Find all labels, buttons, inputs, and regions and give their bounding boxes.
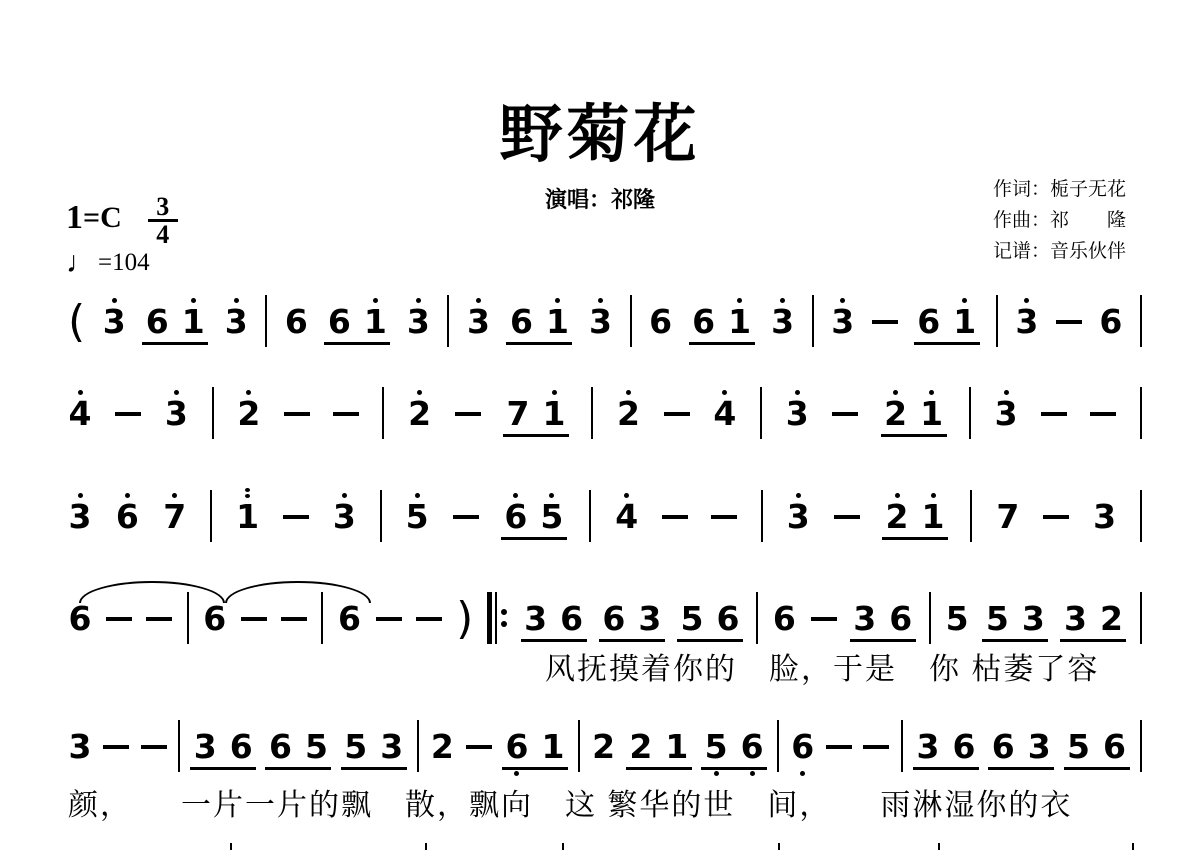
beam-group: 71: [504, 384, 568, 449]
note-number: 5: [946, 601, 969, 637]
duration-dash: [115, 412, 141, 416]
note-number: 3: [771, 304, 794, 340]
note-number: 1: [546, 304, 569, 340]
barline: [1140, 720, 1142, 772]
note-number: 4: [713, 396, 736, 432]
note-number: 3: [69, 499, 92, 535]
note: 2: [884, 384, 908, 449]
barline: [996, 295, 998, 347]
note-number: 5: [681, 601, 704, 637]
note: 5: [985, 589, 1009, 654]
note-number: 3: [589, 304, 612, 340]
song-title: 野菊花: [0, 84, 1200, 175]
note-number: 6: [1103, 729, 1126, 765]
note-number: 7: [996, 499, 1019, 535]
note: 2: [885, 487, 909, 552]
note-number: 1: [543, 396, 566, 432]
note: 7: [996, 487, 1020, 552]
note-number: 5: [540, 499, 563, 535]
beam-line: [190, 767, 256, 770]
repeat-thin-bar: [495, 592, 497, 644]
note: 6: [692, 292, 716, 357]
note: 5: [304, 717, 328, 782]
beam-line: [988, 767, 1054, 770]
beam-group: 56: [678, 589, 742, 654]
note-number: 6: [773, 601, 796, 637]
note-number: 3: [467, 304, 490, 340]
note-number: 3: [638, 601, 661, 637]
beam-line: [324, 342, 390, 345]
note-number: 2: [237, 396, 260, 432]
note-number: 6: [717, 601, 740, 637]
beam-group: 53: [983, 589, 1047, 654]
beam-group: 61: [143, 292, 207, 357]
beam-line: [341, 767, 407, 770]
note-number: 1: [236, 499, 259, 535]
parenthesis: ): [456, 591, 473, 647]
note: 3: [193, 717, 217, 782]
barline: [929, 592, 931, 644]
barline: [812, 295, 814, 347]
barline: [382, 387, 384, 439]
credits-block: 作词：栀子无花 作曲：祁 隆 记谱：音乐伙伴: [993, 174, 1126, 267]
barline: [761, 490, 763, 542]
duration-dash: [333, 412, 359, 416]
duration-dash: [811, 617, 837, 621]
beam-line: [502, 767, 568, 770]
note-number: 1: [182, 304, 205, 340]
note-number: 3: [69, 729, 92, 765]
beam-group: 21: [882, 384, 946, 449]
note-number: 2: [431, 729, 454, 765]
note: 1: [921, 487, 945, 552]
note: 3: [68, 487, 92, 552]
beam-line: [850, 639, 916, 642]
note: 3: [102, 292, 126, 357]
tempo-mark: ♩ =104: [66, 246, 178, 280]
note-number: 3: [1015, 304, 1038, 340]
time-signature: 3 4: [148, 194, 178, 247]
note-number: 2: [629, 729, 652, 765]
note-number: 7: [163, 499, 186, 535]
duration-dash: [872, 320, 898, 324]
note-number: 3: [194, 729, 217, 765]
repeat-sign: [487, 592, 507, 644]
octave-dot: [750, 771, 755, 776]
beam-line: [503, 434, 569, 437]
note-number: 5: [406, 499, 429, 535]
note: 6: [1099, 292, 1123, 357]
barline: [178, 720, 180, 772]
note-number: 3: [995, 396, 1018, 432]
notation-line: 36713565432173: [68, 487, 1142, 549]
octave-dot: [245, 488, 250, 492]
duration-dash: [416, 617, 442, 621]
notation-line: 432271243213: [68, 384, 1142, 446]
note: 2: [629, 717, 653, 782]
note: 4: [68, 384, 92, 449]
note-number: 6: [791, 729, 814, 765]
barline: [970, 490, 972, 542]
note: 3: [524, 589, 548, 654]
note: 3: [1021, 589, 1045, 654]
octave-dot: [714, 771, 719, 776]
note: 3: [831, 292, 855, 357]
note-number: 3: [103, 304, 126, 340]
note: 1: [542, 384, 566, 449]
beam-group: 61: [690, 292, 754, 357]
note-number: 7: [507, 396, 530, 432]
note: 1: [665, 717, 689, 782]
note-number: 6: [146, 304, 169, 340]
note-number: 6: [116, 499, 139, 535]
duration-dash: [141, 745, 167, 749]
barline: [1140, 490, 1142, 542]
note-number: 6: [69, 601, 92, 637]
tonic-key: =C: [83, 200, 122, 236]
note: 6: [1103, 717, 1127, 782]
beam-group: 56: [702, 717, 766, 782]
lyrics-line: 颜， 一片一片的飘 散，飘向 这 繁华的世 间， 雨淋湿你的衣: [68, 786, 1072, 826]
credit-lyricist: 作词：栀子无花: [993, 174, 1126, 205]
beam-group: 65: [502, 487, 566, 552]
duration-dash: [711, 515, 737, 519]
note: 3: [771, 292, 795, 357]
note: 2: [592, 717, 616, 782]
beam-line: [689, 342, 755, 345]
note-number: 6: [692, 304, 715, 340]
note: 2: [430, 717, 454, 782]
note: 1: [541, 717, 565, 782]
note: 3: [380, 717, 404, 782]
note: 3: [224, 292, 248, 357]
note: 4: [615, 487, 639, 552]
octave-dots-below: [800, 770, 805, 782]
beam-group: 32: [1061, 589, 1125, 654]
beam-group: 36: [522, 589, 586, 654]
barline: [1140, 387, 1142, 439]
beam-group: 61: [325, 292, 389, 357]
note: 1: [236, 487, 260, 552]
note: 1: [728, 292, 752, 357]
note: 6: [327, 292, 351, 357]
note-number: 6: [203, 601, 226, 637]
duration-dash: [103, 745, 129, 749]
note-number: 3: [1028, 729, 1051, 765]
barline: [969, 387, 971, 439]
note-number: 6: [992, 729, 1015, 765]
note: 1: [953, 292, 977, 357]
note: 3: [853, 589, 877, 654]
note-number: 5: [344, 729, 367, 765]
note: 6: [917, 292, 941, 357]
note-number: 3: [1022, 601, 1045, 637]
note-number: 6: [338, 601, 361, 637]
note: 6: [509, 292, 533, 357]
note-number: 2: [884, 396, 907, 432]
barline: [212, 387, 214, 439]
note-number: 3: [333, 499, 356, 535]
note: 6: [952, 717, 976, 782]
tie-arc: [79, 581, 225, 603]
parenthesis: (: [68, 294, 85, 350]
note: 3: [916, 717, 940, 782]
note: 5: [344, 717, 368, 782]
beam-line: [677, 639, 743, 642]
duration-dash: [453, 515, 479, 519]
octave-dots-below: [714, 770, 719, 782]
note: 3: [786, 487, 810, 552]
note: 7: [163, 487, 187, 552]
duration-dash: [146, 617, 172, 621]
note-number: 6: [285, 304, 308, 340]
note-number: 6: [741, 729, 764, 765]
beam-group: 63: [989, 717, 1053, 782]
note-number: 1: [665, 729, 688, 765]
note: 6: [740, 717, 764, 782]
duration-dash: [281, 617, 307, 621]
duration-dash: [1090, 412, 1116, 416]
beam-group: 53: [342, 717, 406, 782]
note: 3: [1063, 589, 1087, 654]
note: 2: [616, 384, 640, 449]
note: 2: [1099, 589, 1123, 654]
note-number: 6: [602, 601, 625, 637]
note: 6: [716, 589, 740, 654]
duration-dash: [863, 745, 889, 749]
beam-group: 36: [914, 717, 978, 782]
note: 5: [704, 717, 728, 782]
note-number: 1: [364, 304, 387, 340]
duration-dash: [1056, 320, 1082, 324]
note: 1: [181, 292, 205, 357]
key-signature-block: 1 =C 3 4 ♩ =104: [66, 200, 178, 280]
note-number: 1: [541, 729, 564, 765]
note: 6: [268, 717, 292, 782]
barline-tick: [230, 843, 232, 850]
note-number: 2: [617, 396, 640, 432]
note: 6: [284, 292, 308, 357]
note-number: 2: [408, 396, 431, 432]
barline: [210, 490, 212, 542]
note-number: 1: [728, 304, 751, 340]
note-number: 6: [560, 601, 583, 637]
note-number: 1: [922, 499, 945, 535]
octave-dot: [514, 771, 519, 776]
beam-group: 61: [915, 292, 979, 357]
note-number: 3: [165, 396, 188, 432]
note-number: 5: [705, 729, 728, 765]
beam-group: 61: [507, 292, 571, 357]
beam-line: [882, 537, 948, 540]
note-number: 6: [1099, 304, 1122, 340]
note: 4: [713, 384, 737, 449]
beam-group: 21: [883, 487, 947, 552]
duration-dash: [455, 412, 481, 416]
duration-dash: [283, 515, 309, 519]
note: 5: [405, 487, 429, 552]
note-number: 3: [225, 304, 248, 340]
note-number: 6: [917, 304, 940, 340]
beam-line: [265, 767, 331, 770]
note-number: 6: [510, 304, 533, 340]
note-number: 1: [920, 396, 943, 432]
barline: [380, 490, 382, 542]
note-number: 6: [328, 304, 351, 340]
note: 6: [560, 589, 584, 654]
note-number: 3: [407, 304, 430, 340]
note: 6: [505, 717, 529, 782]
note-number: 6: [504, 499, 527, 535]
note: 3: [638, 589, 662, 654]
note: 3: [589, 292, 613, 357]
note-number: 1: [953, 304, 976, 340]
note: 6: [772, 589, 796, 654]
barline: [265, 295, 267, 347]
repeat-dots: [501, 606, 507, 630]
barline: [1140, 295, 1142, 347]
note-number: 5: [986, 601, 1009, 637]
sheet-music-page: 野菊花 演唱：祁隆 作词：栀子无花 作曲：祁 隆 记谱：音乐伙伴 1 =C 3 …: [0, 0, 1200, 850]
note: 5: [540, 487, 564, 552]
note: 6: [649, 292, 673, 357]
note: 3: [466, 292, 490, 357]
note: 6: [145, 292, 169, 357]
tempo-value: =104: [98, 249, 150, 277]
note: 3: [1093, 487, 1117, 552]
note-number: 3: [524, 601, 547, 637]
note-number: 3: [1093, 499, 1116, 535]
beam-group: 63: [600, 589, 664, 654]
repeat-dot: [501, 609, 507, 615]
tie-arc: [225, 581, 371, 603]
note: 1: [545, 292, 569, 357]
beam-line: [881, 434, 947, 437]
note-number: 6: [269, 729, 292, 765]
duration-dash: [376, 617, 402, 621]
octave-dots-below: [514, 770, 519, 782]
duration-dash: [662, 515, 688, 519]
repeat-dot: [501, 621, 507, 627]
barline: [1140, 592, 1142, 644]
note-number: 3: [853, 601, 876, 637]
duration-dash: [834, 515, 860, 519]
note: 3: [994, 384, 1018, 449]
repeat-thick-bar: [487, 592, 492, 644]
note: 6: [229, 717, 253, 782]
note-number: 3: [786, 396, 809, 432]
duration-dash: [1041, 412, 1067, 416]
note-number: 4: [615, 499, 638, 535]
note: 3: [68, 717, 92, 782]
note: 3: [1027, 717, 1051, 782]
beam-line: [599, 639, 665, 642]
barline-tick: [425, 843, 427, 850]
note: 1: [920, 384, 944, 449]
beam-line: [701, 767, 767, 770]
beam-line: [1060, 639, 1126, 642]
note-number: 3: [916, 729, 939, 765]
beam-group: 61: [503, 717, 567, 782]
barline-tick: [1132, 843, 1134, 850]
note: 3: [332, 487, 356, 552]
note-number: 4: [69, 396, 92, 432]
barline: [901, 720, 903, 772]
note-number: 2: [1100, 601, 1123, 637]
barline: [760, 387, 762, 439]
meter-numerator: 3: [156, 194, 169, 219]
note-number: 3: [380, 729, 403, 765]
barline-tick: [778, 843, 780, 850]
meter-denominator: 4: [156, 222, 169, 247]
note: 7: [506, 384, 530, 449]
note: 1: [363, 292, 387, 357]
note: 6: [991, 717, 1015, 782]
barline: [591, 387, 593, 439]
barline: [417, 720, 419, 772]
note-number: 2: [592, 729, 615, 765]
note-number: 6: [889, 601, 912, 637]
note-number: 5: [1067, 729, 1090, 765]
note: 2: [237, 384, 261, 449]
note: 3: [406, 292, 430, 357]
note-number: 6: [952, 729, 975, 765]
duration-dash: [826, 745, 852, 749]
notation-line: (361366133613661336136: [68, 292, 1142, 354]
notation-line: 666)36635663655332: [68, 589, 1142, 651]
duration-dash: [284, 412, 310, 416]
barline: [777, 720, 779, 772]
beam-group: 56: [1065, 717, 1129, 782]
beam-group: 21: [627, 717, 691, 782]
octave-dot: [800, 771, 805, 776]
duration-dash: [1043, 515, 1069, 519]
note: 6: [791, 717, 815, 782]
beam-line: [982, 639, 1048, 642]
note-number: 6: [649, 304, 672, 340]
beam-line: [1064, 767, 1130, 770]
lyrics-line: 风抚摸着你的 脸，于是 你 枯萎了容: [545, 650, 1099, 690]
beam-line: [626, 767, 692, 770]
note: 6: [602, 589, 626, 654]
barline-tick: [938, 843, 940, 850]
note: 3: [785, 384, 809, 449]
beam-group: 65: [266, 717, 330, 782]
note-number: 6: [230, 729, 253, 765]
beam-line: [521, 639, 587, 642]
note-number: 3: [787, 499, 810, 535]
beam-line: [142, 342, 208, 345]
note-number: 3: [831, 304, 854, 340]
credit-transcriber: 记谱：音乐伙伴: [993, 236, 1126, 267]
credit-composer: 作曲：祁 隆: [993, 205, 1126, 236]
barline: [578, 720, 580, 772]
octave-dots-below: [750, 770, 755, 782]
barline-tick: [562, 843, 564, 850]
beam-line: [914, 342, 980, 345]
note: 6: [115, 487, 139, 552]
note: 2: [408, 384, 432, 449]
note: 6: [889, 589, 913, 654]
barline: [756, 592, 758, 644]
duration-dash: [106, 617, 132, 621]
tonic-number: 1: [66, 200, 83, 236]
beam-line: [913, 767, 979, 770]
note: 3: [164, 384, 188, 449]
quarter-note-icon: ♩: [66, 246, 96, 280]
duration-dash: [241, 617, 267, 621]
duration-dash: [664, 412, 690, 416]
